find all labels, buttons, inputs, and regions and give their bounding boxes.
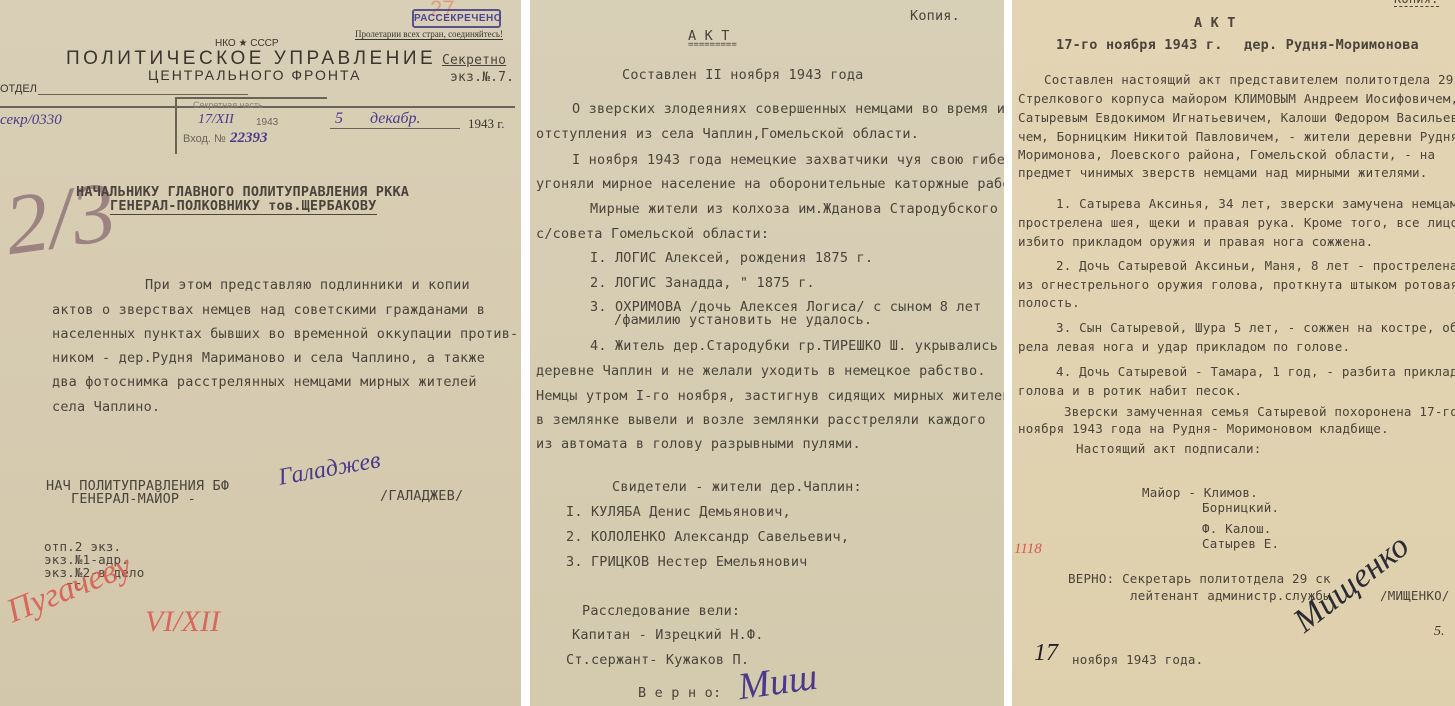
org-subtitle: ЦЕНТРАЛЬНОГО ФРОНТА [148,67,361,83]
intro-line-2: Стрелкового корпуса майором КЛИМОВЫМ Анд… [1018,91,1455,106]
victim-3-note: /фамилию установить не удалось. [614,312,872,328]
act-place: дер. Рудня-Моримонова [1244,37,1419,53]
signed-header: Настоящий акт подписали: [1076,441,1261,456]
act-compiled-date: Составлен II ноября 1943 года [622,67,864,83]
para4-line-2: деревне Чаплин и не желали уходить в нем… [536,363,986,379]
item-3-line-1: 3. Сын Сатыревой, Шура 5 лет, - сожжен н… [1056,320,1455,335]
item-3-line-2: рела левая нога и удар прикладом по голо… [1018,339,1350,354]
slogan: Пролетарии всех стран, соединяйтесь! [355,29,503,40]
body-line-2: актов о зверствах немцев над советскими … [52,302,485,318]
verified-label: В е р н о: [638,685,721,701]
investigator-1: Капитан - Изрецкий Н.Ф. [572,627,764,643]
para4-line-3: Немцы утром I-го ноября, застигнув сидящ… [536,388,1004,404]
signatory-1: Майор - Климов. [1142,485,1258,500]
final-date-day: 17 [1034,640,1058,667]
red-resolution-date: VI/XII [145,605,220,639]
verified-name: /МИЩЕНКО/ [1380,588,1450,603]
intro-line-1: О зверских злодеяниях совершенных немцам… [572,101,1004,117]
date-month: декабр. [370,110,421,128]
act-date: 17-го ноября 1943 г. [1056,37,1223,53]
document-page-2-act-chaplin: Копия. А К Т ========= Составлен II нояб… [530,0,1004,706]
intro-line-1: Составлен настоящий акт представителем п… [1044,72,1455,87]
item-1-line-3: избито прикладом оружия и правая нога со… [1018,234,1373,249]
addressee-line-2: ГЕНЕРАЛ-ПОЛКОВНИКУ тов.ЩЕРБАКОВУ [110,198,377,215]
date-year: 1943 г. [468,116,504,132]
secret-label: Секретно [442,53,506,68]
copy-number: экз.№.7. [450,70,514,85]
para4-line-1: 4. Житель дер.Стародубки гр.ТИРЕШКО Ш. у… [590,338,1004,354]
intro-line-6: предмет чинимых зверств немцами над мирн… [1018,165,1427,180]
para4-line-4: в землянке вывели и возле землянки расст… [536,412,986,428]
witness-3: 3. ГРИЦКОВ Нестер Емельянович [566,554,808,570]
item-2-line-2: из огнестрельного оружия голова, проткну… [1018,277,1455,292]
item-2-line-1: 2. Дочь Сатыревой Аксиньи, Маня, 8 лет -… [1056,258,1455,273]
witnesses-header: Свидетели - жители дер.Чаплин: [612,479,862,495]
burial-line-2: ноября 1943 года на Рудня- Моримоновом к… [1018,421,1389,436]
handwritten-signature: Галаджев [276,447,382,491]
intro-line-3: I ноября 1943 года немецкие захватчики ч… [572,152,1004,168]
body-line-6: села Чаплино. [52,399,160,415]
incoming-label: Вход. № [183,133,226,145]
item-4-line-2: голова и в ротик набит песок. [1018,383,1242,398]
victim-1: I. ЛОГИС Алексей, рождения 1875 г. [590,250,873,266]
intro-line-4: чем, Борницким Никитой Павловичем, - жит… [1018,129,1455,144]
red-margin-number: 1118 [1014,541,1042,558]
date-day: 5 [335,110,343,128]
act-title: А К Т [1194,15,1236,31]
registry-date: 17/XII [198,112,234,128]
document-page-1-cover-letter: 27 РАССЕКРЕЧЕНО Пролетарии всех стран, с… [0,0,521,706]
investigation-header: Расследование вели: [582,603,740,619]
intro-line-6: с/совета Гомельской области: [536,226,769,242]
registry-label: Секретная часть [193,100,263,110]
final-date: ноября 1943 года. [1072,652,1203,667]
margin-handwritten-note: 2/3 [0,161,121,275]
signature-title-2: ГЕНЕРАЛ-МАЙОР - [71,491,196,507]
intro-line-2: отступления из села Чаплин,Гомельской об… [536,126,919,142]
body-line-5: два фотоснимка расстрелянных немцами мир… [52,374,477,390]
item-4-line-1: 4. Дочь Сатыревой - Тамара, 1 год, - раз… [1056,364,1455,379]
intro-line-5: Моримонова, Лоевского района, Гомельской… [1018,147,1435,162]
dept-line [38,94,248,95]
body-line-4: ником - дер.Рудня Мариманово и села Чапл… [52,350,485,366]
signatory-3: Ф. Калош. [1202,521,1272,536]
body-line-3: населенных пунктах бывших во временной о… [52,326,518,342]
item-1-line-2: прострелена шея, щеки и правая рука. Кро… [1018,215,1455,230]
signatory-4: Сатырев Е. [1202,536,1279,551]
witness-2: 2. КОЛОЛЕНКО Александр Савельевич, [566,529,849,545]
intro-line-4: угоняли мирное население на оборонительн… [536,176,1004,192]
intro-line-3: Сатыревым Евдокимом Игнатьевичем, Калоши… [1018,110,1455,125]
date-underline [330,128,460,129]
signatory-2: Борницкий. [1202,500,1279,515]
act-title-underline: ========= [688,40,737,50]
incoming-number: 22393 [230,130,268,147]
copy-mark: Копия. [1394,0,1439,7]
registry-year: 1943 [256,117,278,128]
investigator-2: Ст.сержант- Кужаков П. [566,652,749,668]
victim-2: 2. ЛОГИС Занадда, " 1875 г. [590,275,815,291]
outgoing-number: секр/0330 [0,112,62,129]
signature-name: /ГАЛАДЖЕВ/ [380,488,463,504]
verified-line-1: ВЕРНО: Секретарь политотдела 29 ск [1068,571,1331,586]
document-page-3-act-rudnya: Копия. А К Т 17-го ноября 1943 г. дер. Р… [1012,0,1455,706]
declassified-stamp: РАССЕКРЕЧЕНО [412,9,501,28]
corner-mark: 5. [1434,624,1445,640]
item-1-line-1: 1. Сатырева Аксинья, 34 лет, зверски зам… [1056,196,1455,211]
copy-mark: Копия. [910,8,960,24]
para4-line-5: из автомата в голову разрывными пулями. [536,436,861,452]
body-line-1: При этом представляю подлинники и копии [145,277,470,293]
witness-1: I. КУЛЯБА Денис Демьянович, [566,504,791,520]
item-2-line-3: полость. [1018,295,1080,310]
intro-line-5: Мирные жители из колхоза им.Жданова Стар… [590,201,998,217]
burial-line-1: Зверски замученная семья Сатыревой похор… [1064,404,1455,419]
dept-label: ОТДЕЛ [0,83,37,95]
